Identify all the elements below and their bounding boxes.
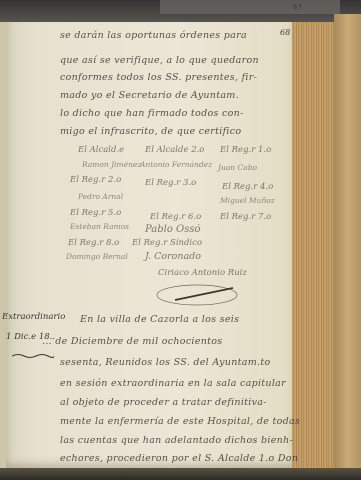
text-line: En la villa de Cazorla a los seis	[80, 314, 239, 325]
signature-name: Pedro Arnal	[78, 192, 123, 201]
signature-name: Miguel Muñoz	[220, 196, 275, 205]
archive-label-strip	[160, 0, 340, 14]
text-line: que así se verifique, a lo que quedaron	[60, 55, 259, 66]
signature-title: El Reg.r 2.o	[70, 175, 121, 185]
signature-name: J. Coronado	[145, 251, 201, 262]
signature-title: El Reg.r Síndico	[132, 238, 202, 248]
signature-title: El Reg.r 1.o	[220, 145, 271, 155]
margin-note: Extraordinario	[2, 312, 65, 322]
text-line: echores, procedieron por el S. Alcalde 1…	[60, 453, 298, 464]
signature-name: Antonio Fernández	[140, 160, 212, 169]
text-line: se darán las oportunas órdenes para	[60, 30, 247, 41]
signature-title: El Alcalde 2.o	[145, 145, 204, 155]
bottom-shadow	[0, 468, 361, 480]
signature-title: El Reg.r 8.o	[68, 238, 119, 248]
signature-name: Ramon Jiménez	[82, 160, 141, 169]
text-line: al objeto de proceder a tratar definitiv…	[60, 397, 267, 408]
folio-number: 68	[280, 28, 290, 37]
signature-name: Domingo Bernal	[66, 252, 128, 261]
signature-title: El Reg.r 5.o	[70, 208, 121, 218]
signature-name: Esteban Ramos	[70, 222, 129, 231]
signature-title: El Reg.r 4.o	[222, 182, 273, 192]
signature-title: El Alcald.e	[78, 145, 124, 155]
signature-title: El Reg.r 6.o	[150, 212, 201, 222]
signature-title: El Reg.r 7.o	[220, 212, 271, 222]
text-line: sesenta, Reunidos los SS. del Ayuntam.to	[60, 357, 270, 368]
text-line: mente la enfermería de este Hospital, de…	[60, 416, 300, 427]
rubric-flourish	[155, 282, 245, 308]
text-line: conformes todos los SS. presentes, fir-	[60, 72, 257, 83]
book-cover	[334, 14, 361, 480]
text-line: las cuentas que han adelantado dichos bi…	[60, 435, 293, 446]
text-line: lo dicho que han firmado todos con-	[60, 108, 244, 119]
archive-mark: 67	[293, 3, 302, 11]
margin-squiggle	[12, 353, 54, 359]
page-edges	[292, 22, 334, 472]
signature-name: Juan Cabo	[218, 163, 257, 172]
text-line: ... de Diciembre de mil ochocientos	[42, 336, 222, 347]
text-line: migo el infrascrito, de que certifico	[60, 126, 241, 137]
signature-name: Pablo Ossó	[145, 224, 201, 235]
text-line: mado yo el Secretario de Ayuntam.	[60, 90, 239, 101]
secretary-signature: Ciriaco Antonio Ruiz	[158, 268, 247, 278]
text-line: en sesión extraordinaria en la sala capi…	[60, 378, 286, 389]
signature-title: El Reg.r 3.o	[145, 178, 196, 188]
